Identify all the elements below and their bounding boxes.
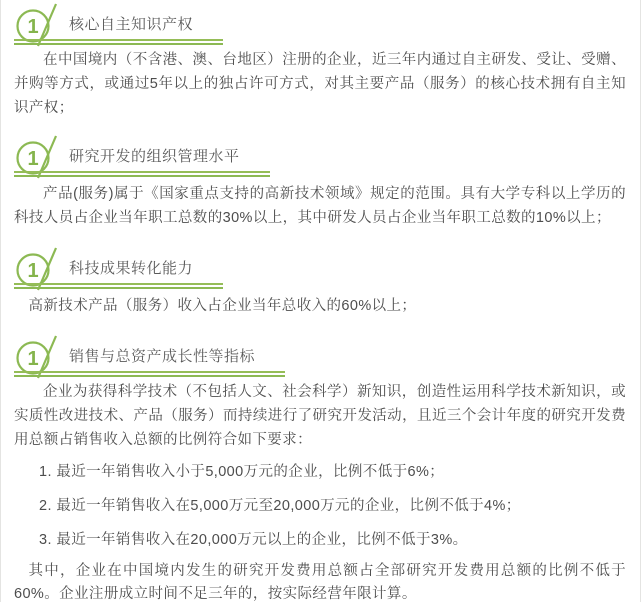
section-header-row: 1 研究开发的组织管理水平: [14, 138, 270, 178]
section-header: 1 销售与总资产成长性等指标: [14, 338, 626, 378]
section-header-row: 1 销售与总资产成长性等指标: [14, 338, 285, 378]
section-title: 核心自主知识产权: [69, 13, 193, 40]
closing-paragraph: 其中，企业在中国境内发生的研究开发费用总额占全部研究开发费用总额的比例不低于60…: [14, 560, 626, 602]
section-growth-indicators: 1 销售与总资产成长性等指标 企业为获得科学技术（不包括人文、社会科学）新知识，…: [14, 338, 626, 602]
section-title: 研究开发的组织管理水平: [69, 145, 240, 172]
section-rd-management: 1 研究开发的组织管理水平 产品(服务)属于《国家重点支持的高新技术领域》规定的…: [14, 138, 626, 230]
badge-number: 1: [27, 260, 38, 282]
section-paragraph: 在中国境内（不含港、澳、台地区）注册的企业，近三年内通过自主研发、受让、受赠、并…: [14, 48, 626, 120]
section-header: 1 核心自主知识产权: [14, 6, 626, 46]
section-title: 销售与总资产成长性等指标: [69, 345, 255, 372]
document: 1 核心自主知识产权 在中国境内（不含港、澳、台地区）注册的企业，近三年内通过自…: [0, 0, 641, 602]
section-paragraph: 企业为获得科学技术（不包括人文、社会科学）新知识，创造性运用科学技术新知识，或实…: [14, 380, 626, 452]
section-header: 1 科技成果转化能力: [14, 250, 626, 290]
list-item: 2. 最近一年销售收入在5,000万元至20,000万元的企业，比例不低于4%；: [14, 494, 626, 518]
badge-number: 1: [27, 148, 38, 170]
requirement-list: 1. 最近一年销售收入小于5,000万元的企业，比例不低于6%； 2. 最近一年…: [14, 460, 626, 552]
heading-underline: [14, 171, 270, 177]
badge-number: 1: [27, 16, 38, 38]
section-title: 科技成果转化能力: [69, 257, 193, 284]
section-core-ip: 1 核心自主知识产权 在中国境内（不含港、澳、台地区）注册的企业，近三年内通过自…: [14, 6, 626, 120]
section-header: 1 研究开发的组织管理水平: [14, 138, 626, 178]
heading-underline: [14, 371, 285, 377]
section-paragraph: 高新技术产品（服务）收入占企业当年总收入的60%以上；: [14, 294, 626, 318]
list-item: 3. 最近一年销售收入在20,000万元以上的企业，比例不低于3%。: [14, 528, 626, 552]
section-paragraph: 产品(服务)属于《国家重点支持的高新技术领域》规定的范围。具有大学专科以上学历的…: [14, 182, 626, 230]
badge-number: 1: [27, 348, 38, 370]
heading-underline: [14, 39, 223, 45]
section-header-row: 1 核心自主知识产权: [14, 6, 223, 46]
section-tech-transformation: 1 科技成果转化能力 高新技术产品（服务）收入占企业当年总收入的60%以上；: [14, 250, 626, 318]
list-item: 1. 最近一年销售收入小于5,000万元的企业，比例不低于6%；: [14, 460, 626, 484]
section-header-row: 1 科技成果转化能力: [14, 250, 223, 290]
heading-underline: [14, 283, 223, 289]
